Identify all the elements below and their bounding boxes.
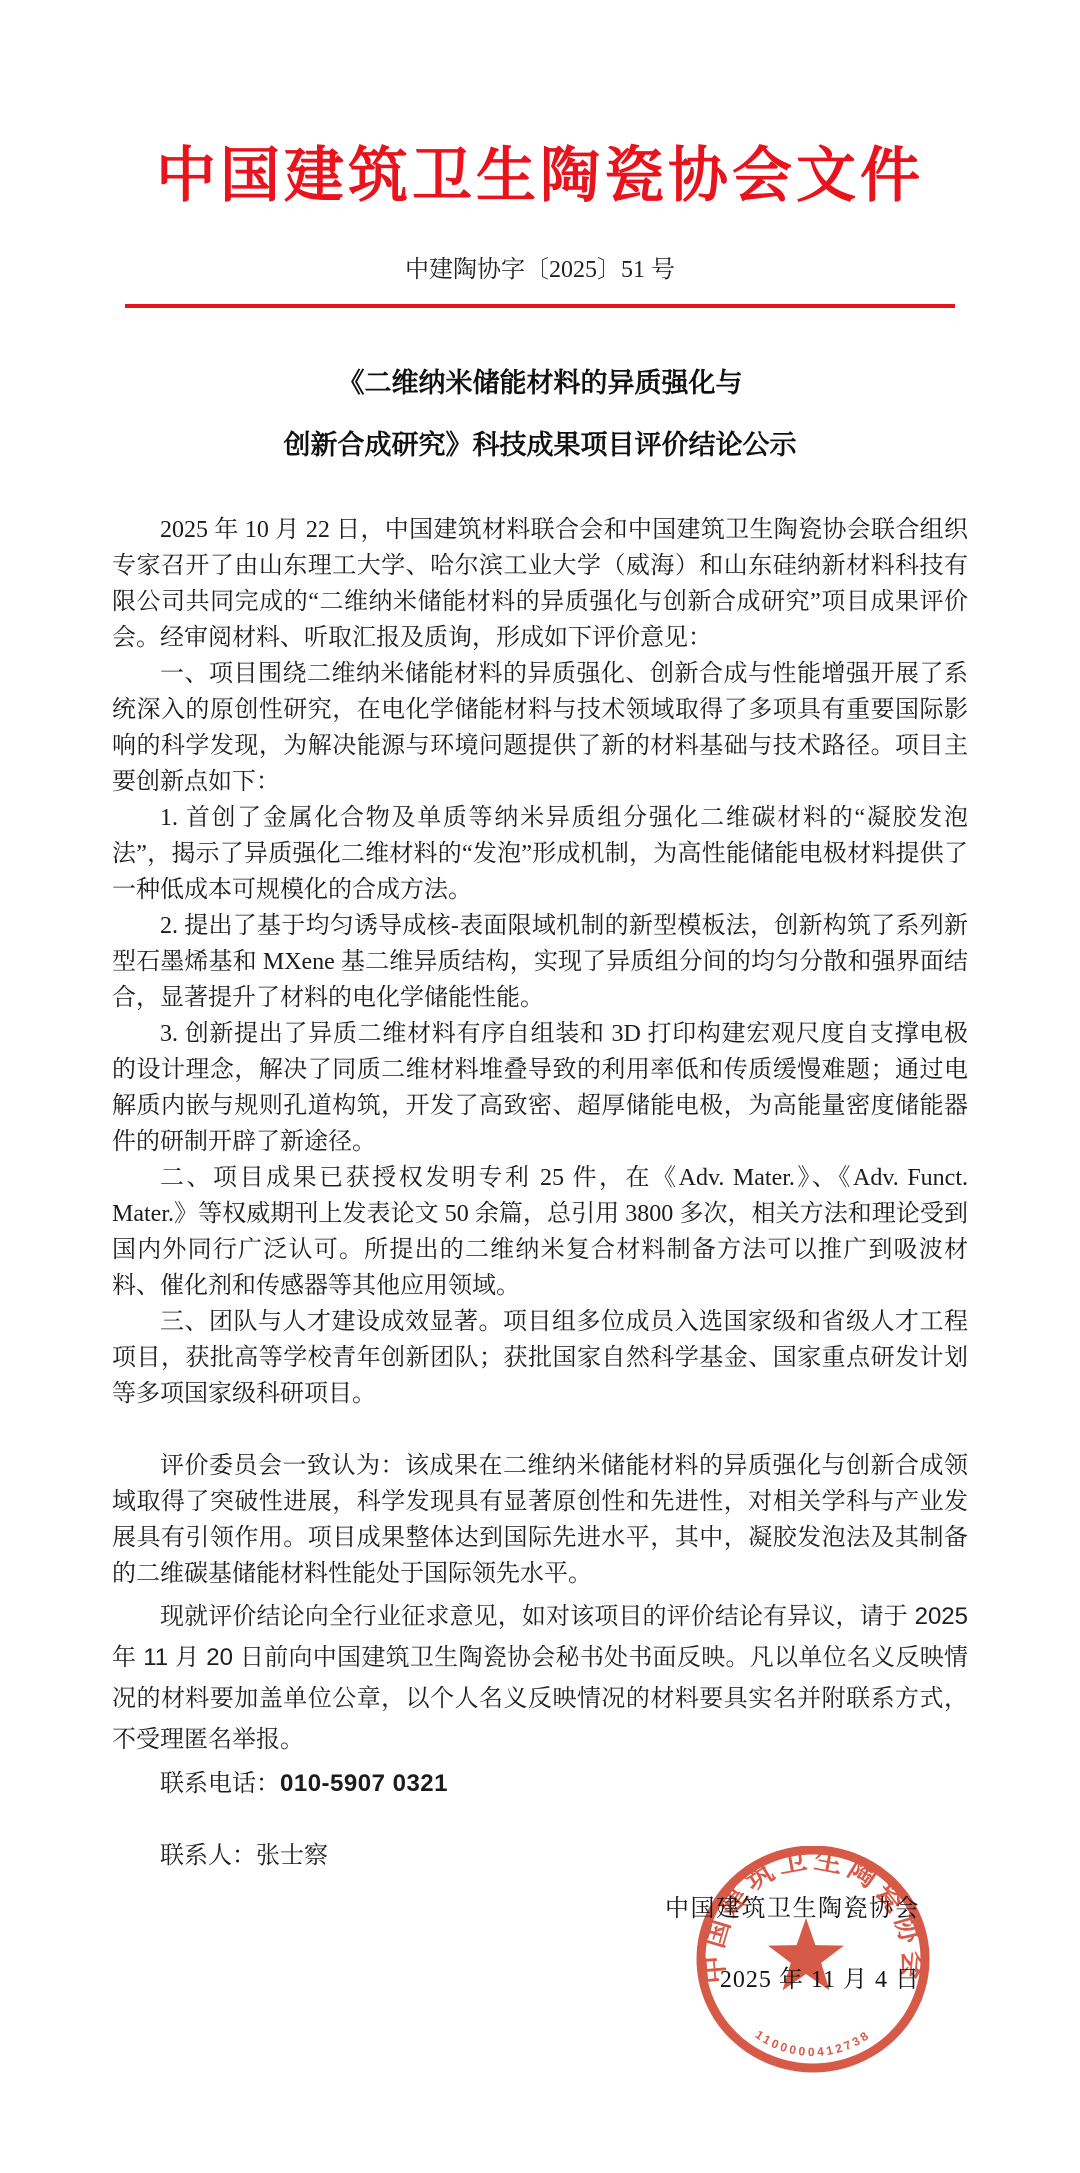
document-title: 《二维纳米储能材料的异质强化与 创新合成研究》科技成果项目评价结论公示: [0, 352, 1080, 476]
document-title-line1: 《二维纳米储能材料的异质强化与: [0, 352, 1080, 414]
contact-person-label: 联系人：: [160, 1843, 256, 1869]
paragraph-point-one: 一、项目围绕二维纳米储能材料的异质强化、创新合成与性能增强开展了系统深入的原创性…: [112, 656, 968, 800]
red-header-title: 中国建筑卫生陶瓷协会文件: [0, 0, 1080, 212]
official-seal-graphic: 中国建筑卫生陶瓷协会 1100000412738: [693, 1846, 935, 2078]
official-document-page: 中国建筑卫生陶瓷协会文件 中建陶协字〔2025〕51 号 《二维纳米储能材料的异…: [0, 0, 1080, 2173]
contact-phone-number: 010-5907 0321: [280, 1770, 448, 1797]
paragraph-public-notice: 现就评价结论向全行业征求意见，如对该项目的评价结论有异议，请于 2025 年 1…: [112, 1596, 968, 1760]
seal-number-holder: 1100000412738: [753, 2027, 874, 2059]
contact-phone-label: 联系电话：: [160, 1771, 280, 1797]
document-number: 中建陶协字〔2025〕51 号: [0, 252, 1080, 288]
paragraph-innovation-3: 3. 创新提出了异质二维材料有序自组装和 3D 打印构建宏观尺度自支撑电极的设计…: [112, 1016, 968, 1160]
red-divider-line: [125, 304, 955, 308]
contact-phone-line: 联系电话：010-5907 0321: [112, 1766, 968, 1802]
document-title-line2: 创新合成研究》科技成果项目评价结论公示: [0, 414, 1080, 476]
paragraph-innovation-1: 1. 首创了金属化合物及单质等纳米异质组分强化二维碳材料的“凝胶发泡法”，揭示了…: [112, 800, 968, 908]
paragraph-innovation-2: 2. 提出了基于均匀诱导成核-表面限域机制的新型模板法，创新构筑了系列新型石墨烯…: [112, 908, 968, 1016]
signature-organization: 中国建筑卫生陶瓷协会: [665, 1892, 920, 1926]
paragraph-conclusion: 评价委员会一致认为：该成果在二维纳米储能材料的异质强化与创新合成领域取得了突破性…: [112, 1448, 968, 1592]
official-seal: 中国建筑卫生陶瓷协会 1100000412738: [693, 1846, 935, 2078]
seal-registration-number: 1100000412738: [753, 2027, 874, 2059]
signature-date: 2025 年 11 月 4 日: [720, 1963, 920, 1997]
document-body: 2025 年 10 月 22 日，中国建筑材料联合会和中国建筑卫生陶瓷协会联合组…: [112, 512, 968, 1874]
paragraph-intro: 2025 年 10 月 22 日，中国建筑材料联合会和中国建筑卫生陶瓷协会联合组…: [112, 512, 968, 656]
contact-person-name: 张士察: [256, 1843, 328, 1869]
paragraph-point-two: 二、项目成果已获授权发明专利 25 件，在《Adv. Mater.》、《Adv.…: [112, 1160, 968, 1304]
paragraph-point-three: 三、团队与人才建设成效显著。项目组多位成员入选国家级和省级人才工程项目，获批高等…: [112, 1304, 968, 1412]
